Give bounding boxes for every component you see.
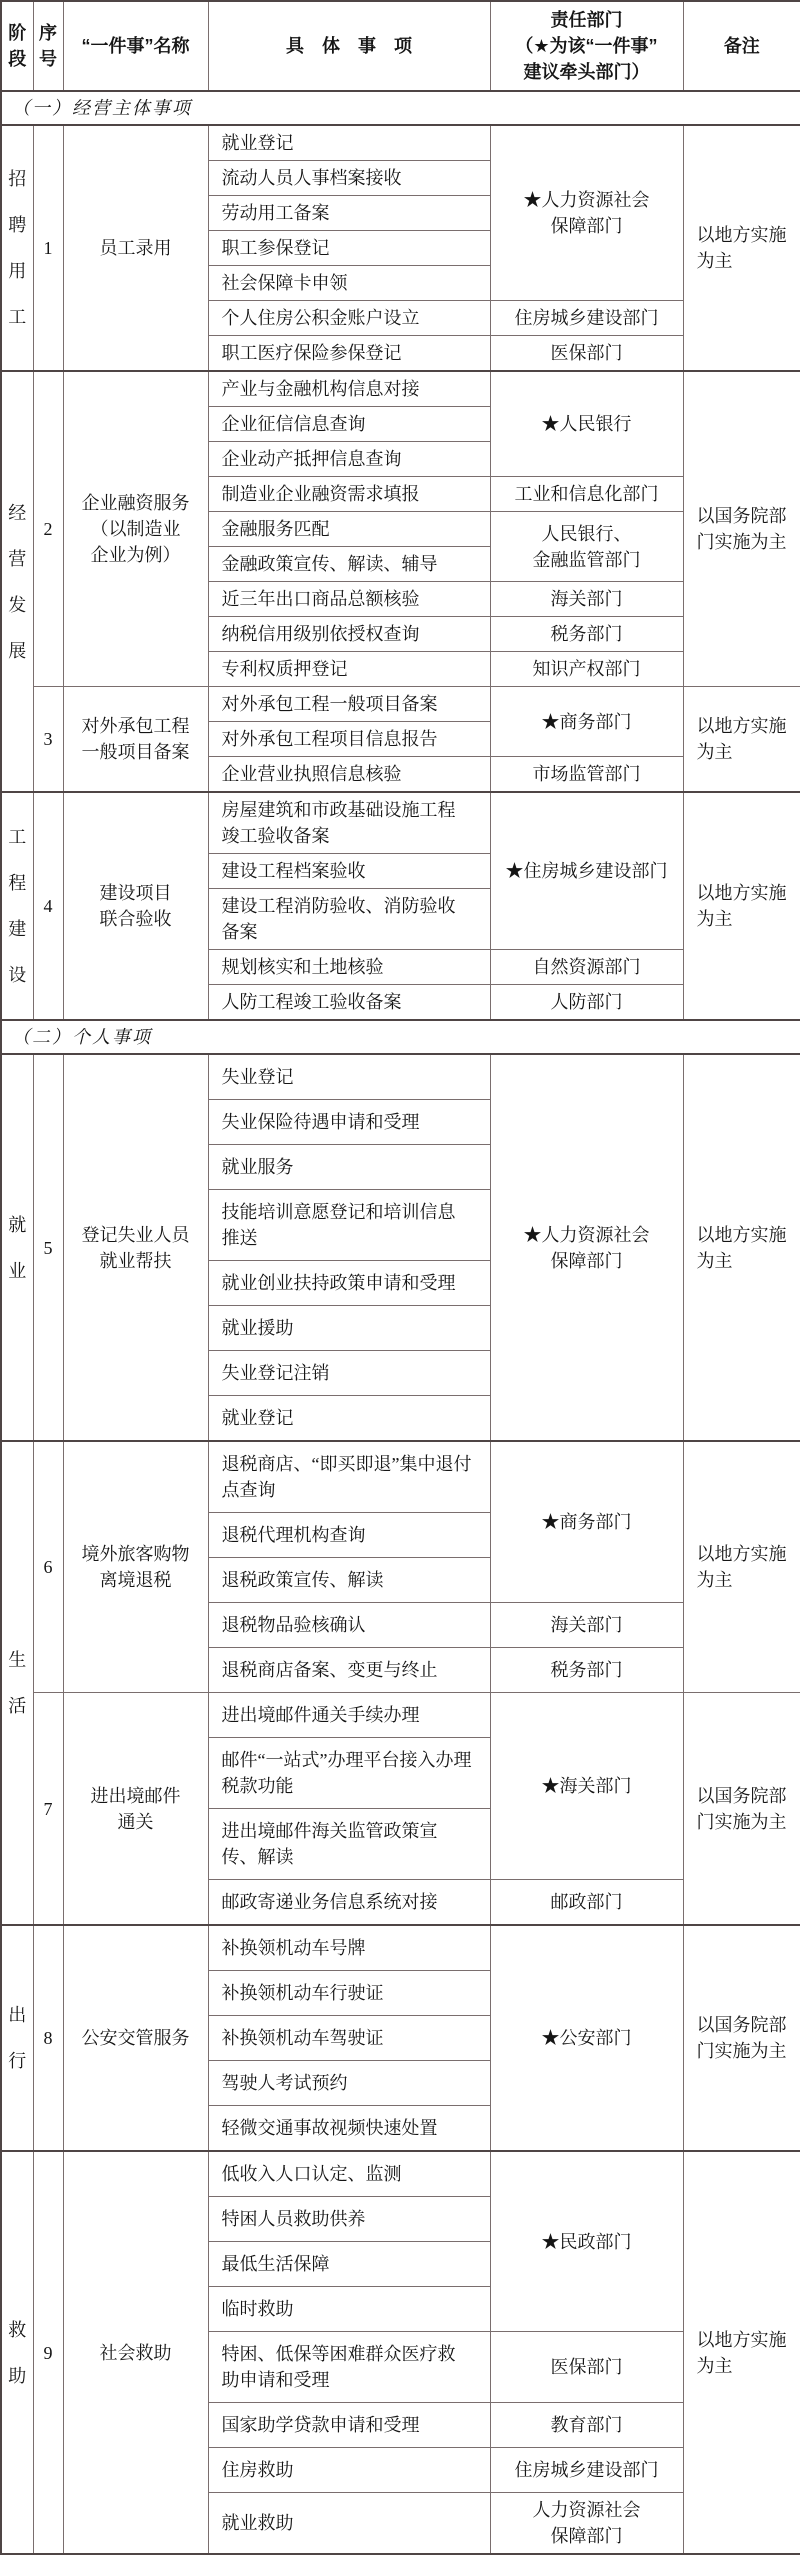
item-cell: 失业保险待遇申请和受理 [208, 1100, 490, 1145]
dept-cell: 人防部门 [490, 985, 683, 1021]
dept-cell: 市场监管部门 [490, 757, 683, 793]
lead-dept-cell: ★公安部门 [490, 1925, 683, 2151]
header-item: 具 体 事 项 [208, 1, 490, 91]
case-name-cell: 进出境邮件 通关 [63, 1693, 208, 1926]
header-stage: 阶 段 [1, 1, 33, 91]
stage-cell: 就业 [1, 1054, 33, 1441]
item-row: 3对外承包工程 一般项目备案对外承包工程一般项目备案★商务部门以地方实施为主 [1, 687, 800, 722]
item-cell: 房屋建筑和市政基础设施工程竣工验收备案 [208, 792, 490, 854]
section-title: （一）经营主体事项 [1, 91, 800, 125]
item-cell: 建设工程档案验收 [208, 854, 490, 889]
item-cell: 劳动用工备案 [208, 196, 490, 231]
seq-cell: 6 [33, 1441, 63, 1693]
item-cell: 职工医疗保险参保登记 [208, 336, 490, 372]
item-cell: 邮政寄递业务信息系统对接 [208, 1880, 490, 1926]
dept-cell: 税务部门 [490, 617, 683, 652]
dept-cell: 邮政部门 [490, 1880, 683, 1926]
item-cell: 特困、低保等困难群众医疗救助申请和受理 [208, 2332, 490, 2403]
case-name-cell: 建设项目 联合验收 [63, 792, 208, 1020]
item-cell: 失业登记注销 [208, 1351, 490, 1396]
item-cell: 就业援助 [208, 1306, 490, 1351]
section-row: （一）经营主体事项 [1, 91, 800, 125]
item-cell: 对外承包工程一般项目备案 [208, 687, 490, 722]
lead-dept-cell: ★人民银行 [490, 371, 683, 477]
note-cell: 以地方实施为主 [683, 687, 800, 793]
table-body: （一）经营主体事项招聘用工1员工录用就业登记★人力资源社会 保障部门以地方实施为… [1, 91, 800, 2554]
lead-dept-cell: ★海关部门 [490, 1693, 683, 1880]
note-cell: 以地方实施为主 [683, 792, 800, 1020]
note-cell: 以国务院部门实施为主 [683, 1925, 800, 2151]
item-cell: 就业服务 [208, 1145, 490, 1190]
item-cell: 就业登记 [208, 125, 490, 161]
item-row: 7进出境邮件 通关进出境邮件通关手续办理★海关部门以国务院部门实施为主 [1, 1693, 800, 1738]
item-cell: 职工参保登记 [208, 231, 490, 266]
stage-cell: 生活 [1, 1441, 33, 1925]
item-row: 出行8公安交管服务补换领机动车号牌★公安部门以国务院部门实施为主 [1, 1925, 800, 1971]
case-name-cell: 企业融资服务 （以制造业 企业为例） [63, 371, 208, 687]
item-cell: 流动人员人事档案接收 [208, 161, 490, 196]
lead-dept-cell: ★商务部门 [490, 687, 683, 757]
dept-cell: 医保部门 [490, 2332, 683, 2403]
dept-cell: 海关部门 [490, 1603, 683, 1648]
item-cell: 近三年出口商品总额核验 [208, 582, 490, 617]
lead-dept-cell: ★商务部门 [490, 1441, 683, 1603]
item-cell: 专利权质押登记 [208, 652, 490, 687]
item-cell: 退税政策宣传、解读 [208, 1558, 490, 1603]
item-cell: 就业登记 [208, 1396, 490, 1442]
one-thing-matters-table: 阶 段 序 号 “一件事”名称 具 体 事 项 责任部门 （★为该“一件事” 建… [0, 0, 800, 2555]
seq-cell: 8 [33, 1925, 63, 2151]
item-cell: 个人住房公积金账户设立 [208, 301, 490, 336]
seq-cell: 3 [33, 687, 63, 793]
item-cell: 轻微交通事故视频快速处置 [208, 2106, 490, 2152]
header-row: 阶 段 序 号 “一件事”名称 具 体 事 项 责任部门 （★为该“一件事” 建… [1, 1, 800, 91]
item-cell: 社会保障卡申领 [208, 266, 490, 301]
case-name-cell: 境外旅客购物 离境退税 [63, 1441, 208, 1693]
stage-cell: 救助 [1, 2151, 33, 2554]
item-cell: 金融政策宣传、解读、辅导 [208, 547, 490, 582]
item-cell: 住房救助 [208, 2448, 490, 2493]
stage-cell: 招聘用工 [1, 125, 33, 371]
dept-cell: 住房城乡建设部门 [490, 301, 683, 336]
note-cell: 以地方实施为主 [683, 125, 800, 371]
item-row: 救助9社会救助低收入人口认定、监测★民政部门以地方实施为主 [1, 2151, 800, 2197]
item-row: 生活6境外旅客购物 离境退税退税商店、“即买即退”集中退付点查询★商务部门以地方… [1, 1441, 800, 1513]
lead-dept-cell: ★人力资源社会 保障部门 [490, 125, 683, 301]
note-cell: 以国务院部门实施为主 [683, 1693, 800, 1926]
dept-cell: 知识产权部门 [490, 652, 683, 687]
stage-cell: 出行 [1, 1925, 33, 2151]
case-name-cell: 员工录用 [63, 125, 208, 371]
item-cell: 特困人员救助供养 [208, 2197, 490, 2242]
dept-cell: 工业和信息化部门 [490, 477, 683, 512]
case-name-cell: 公安交管服务 [63, 1925, 208, 2151]
dept-cell: 税务部门 [490, 1648, 683, 1693]
dept-cell: 自然资源部门 [490, 950, 683, 985]
seq-cell: 4 [33, 792, 63, 1020]
seq-cell: 1 [33, 125, 63, 371]
stage-cell: 工程建设 [1, 792, 33, 1020]
table-header: 阶 段 序 号 “一件事”名称 具 体 事 项 责任部门 （★为该“一件事” 建… [1, 1, 800, 91]
item-cell: 补换领机动车号牌 [208, 1925, 490, 1971]
header-note: 备注 [683, 1, 800, 91]
dept-cell: 教育部门 [490, 2403, 683, 2448]
item-cell: 退税代理机构查询 [208, 1513, 490, 1558]
dept-cell: 海关部门 [490, 582, 683, 617]
item-cell: 制造业企业融资需求填报 [208, 477, 490, 512]
stage-cell: 经营发展 [1, 371, 33, 792]
item-row: 就业5登记失业人员 就业帮扶失业登记★人力资源社会 保障部门以地方实施为主 [1, 1054, 800, 1100]
item-cell: 就业救助 [208, 2493, 490, 2555]
item-cell: 邮件“一站式”办理平台接入办理税款功能 [208, 1738, 490, 1809]
lead-dept-cell: ★民政部门 [490, 2151, 683, 2332]
header-case-name: “一件事”名称 [63, 1, 208, 91]
seq-cell: 5 [33, 1054, 63, 1441]
item-cell: 失业登记 [208, 1054, 490, 1100]
item-cell: 国家助学贷款申请和受理 [208, 2403, 490, 2448]
note-cell: 以地方实施为主 [683, 1441, 800, 1693]
section-title: （二）个人事项 [1, 1020, 800, 1054]
lead-dept-cell: ★住房城乡建设部门 [490, 792, 683, 950]
item-cell: 最低生活保障 [208, 2242, 490, 2287]
item-row: 工程建设4建设项目 联合验收房屋建筑和市政基础设施工程竣工验收备案★住房城乡建设… [1, 792, 800, 854]
item-cell: 进出境邮件通关手续办理 [208, 1693, 490, 1738]
item-cell: 就业创业扶持政策申请和受理 [208, 1261, 490, 1306]
item-cell: 金融服务匹配 [208, 512, 490, 547]
seq-cell: 2 [33, 371, 63, 687]
header-dept: 责任部门 （★为该“一件事” 建议牵头部门） [490, 1, 683, 91]
item-cell: 低收入人口认定、监测 [208, 2151, 490, 2197]
section-row: （二）个人事项 [1, 1020, 800, 1054]
dept-cell: 医保部门 [490, 336, 683, 372]
case-name-cell: 社会救助 [63, 2151, 208, 2554]
item-cell: 企业征信信息查询 [208, 407, 490, 442]
item-cell: 补换领机动车驾驶证 [208, 2016, 490, 2061]
item-cell: 退税商店、“即买即退”集中退付点查询 [208, 1441, 490, 1513]
item-cell: 退税物品验核确认 [208, 1603, 490, 1648]
case-name-cell: 登记失业人员 就业帮扶 [63, 1054, 208, 1441]
item-cell: 技能培训意愿登记和培训信息推送 [208, 1190, 490, 1261]
item-cell: 退税商店备案、变更与终止 [208, 1648, 490, 1693]
dept-cell: 人民银行、 金融监管部门 [490, 512, 683, 582]
item-cell: 临时救助 [208, 2287, 490, 2332]
seq-cell: 7 [33, 1693, 63, 1926]
dept-cell: 人力资源社会 保障部门 [490, 2493, 683, 2555]
note-cell: 以地方实施为主 [683, 1054, 800, 1441]
lead-dept-cell: ★人力资源社会 保障部门 [490, 1054, 683, 1441]
item-cell: 驾驶人考试预约 [208, 2061, 490, 2106]
item-cell: 对外承包工程项目信息报告 [208, 722, 490, 757]
item-cell: 建设工程消防验收、消防验收备案 [208, 889, 490, 950]
note-cell: 以地方实施为主 [683, 2151, 800, 2554]
item-row: 经营发展2企业融资服务 （以制造业 企业为例）产业与金融机构信息对接★人民银行以… [1, 371, 800, 407]
item-cell: 产业与金融机构信息对接 [208, 371, 490, 407]
item-cell: 进出境邮件海关监管政策宣传、解读 [208, 1809, 490, 1880]
item-cell: 企业营业执照信息核验 [208, 757, 490, 793]
header-seq: 序 号 [33, 1, 63, 91]
dept-cell: 住房城乡建设部门 [490, 2448, 683, 2493]
item-cell: 人防工程竣工验收备案 [208, 985, 490, 1021]
case-name-cell: 对外承包工程 一般项目备案 [63, 687, 208, 793]
document-page: 阶 段 序 号 “一件事”名称 具 体 事 项 责任部门 （★为该“一件事” 建… [0, 0, 800, 2555]
item-cell: 企业动产抵押信息查询 [208, 442, 490, 477]
item-cell: 补换领机动车行驶证 [208, 1971, 490, 2016]
note-cell: 以国务院部门实施为主 [683, 371, 800, 687]
item-cell: 纳税信用级别依授权查询 [208, 617, 490, 652]
item-row: 招聘用工1员工录用就业登记★人力资源社会 保障部门以地方实施为主 [1, 125, 800, 161]
item-cell: 规划核实和土地核验 [208, 950, 490, 985]
seq-cell: 9 [33, 2151, 63, 2554]
